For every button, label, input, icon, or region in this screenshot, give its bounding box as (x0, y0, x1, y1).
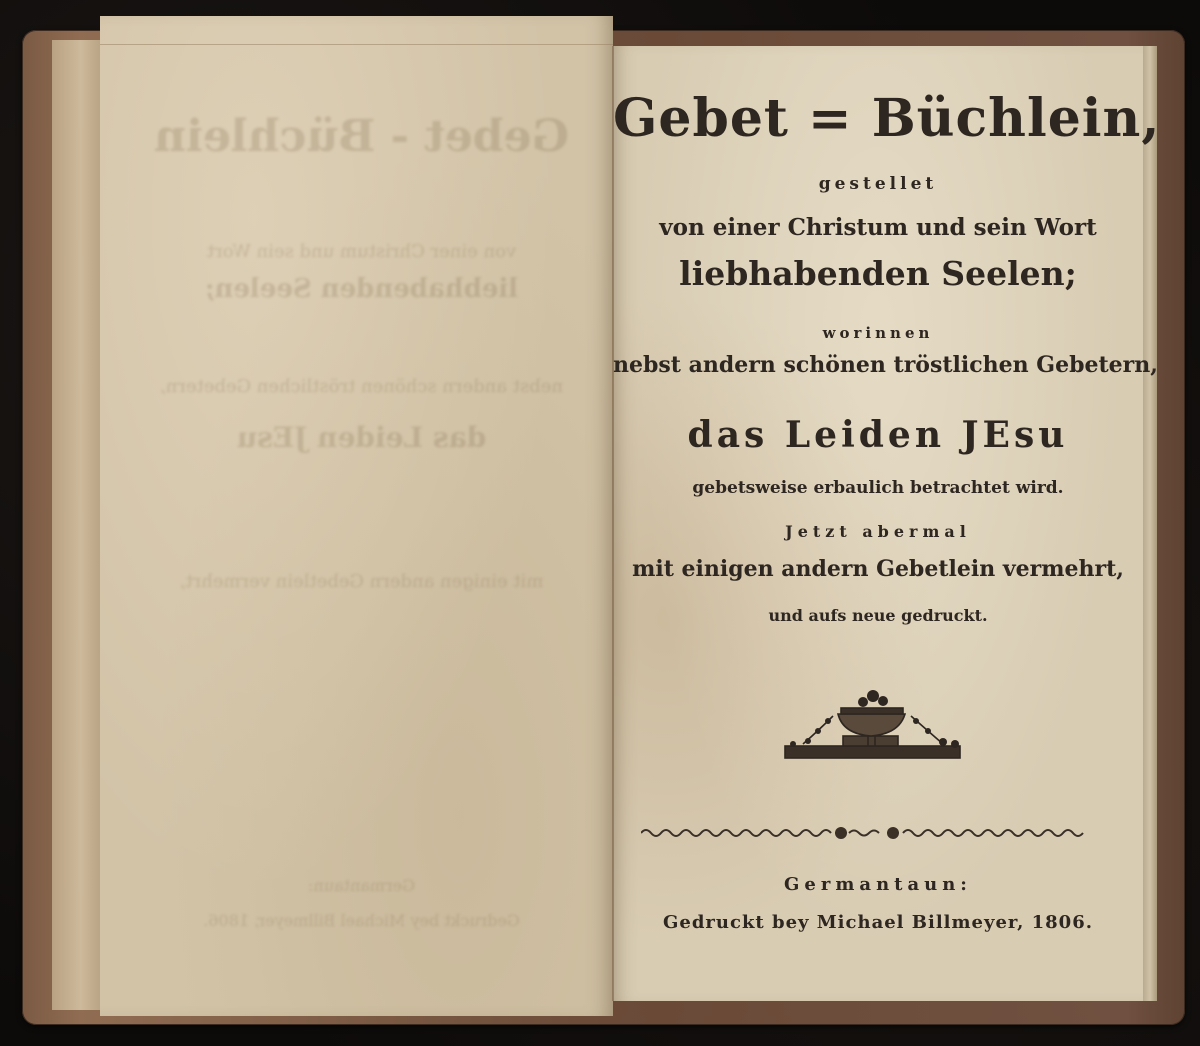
bleed-through-text: Gebet - Büchlein (140, 111, 583, 162)
page-fold-line (100, 44, 613, 45)
urn-vignette-icon (783, 686, 973, 776)
imprint-printer: Gedruckt bey Michael Billmeyer, 1806. (613, 912, 1143, 933)
page-block-edge (1143, 46, 1157, 1001)
title-line: und aufs neue gedruckt. (613, 606, 1143, 625)
title-page: Gebet = Büchlein, gestellet von einer Ch… (613, 46, 1143, 1001)
book-title: Gebet = Büchlein, (613, 88, 1143, 149)
bleed-through-text: das Leiden JEsu (140, 421, 583, 454)
bleed-through-text: Germantaun: (140, 876, 583, 895)
title-line: das Leiden JEsu (613, 414, 1143, 456)
title-line: Jetzt abermal (613, 522, 1143, 541)
imprint-place: Germantaun: (613, 874, 1143, 895)
bleed-through-text: Gedruckt bey Michael Billmeyer, 1806. (140, 911, 583, 930)
title-line: nebst andern schönen tröstlichen Gebeter… (613, 352, 1143, 378)
flyleaf-edge (52, 40, 101, 1010)
bleed-through-text: nebst andern schönen tröstlichen Gebeter… (140, 376, 583, 397)
title-line: von einer Christum und sein Wort (613, 214, 1143, 241)
title-line: worinnen (613, 324, 1143, 342)
bleed-through-text: mit einigen andern Gebetlein vermehrt, (140, 571, 583, 592)
ornamental-divider-icon (641, 818, 1089, 848)
title-line: gestellet (613, 174, 1143, 194)
bleed-through-text: von einer Christum und sein Wort (140, 241, 583, 262)
book-gutter (612, 46, 614, 1001)
title-line: gebetsweise erbaulich betrachtet wird. (613, 478, 1143, 498)
title-line: mit einigen andern Gebetlein vermehrt, (613, 556, 1143, 582)
title-line: liebhabenden Seelen; (613, 254, 1143, 293)
bleed-through-text: liebhabenden Seelen; (140, 274, 583, 304)
left-page: Gebet - Büchlein von einer Christum und … (100, 16, 613, 1016)
